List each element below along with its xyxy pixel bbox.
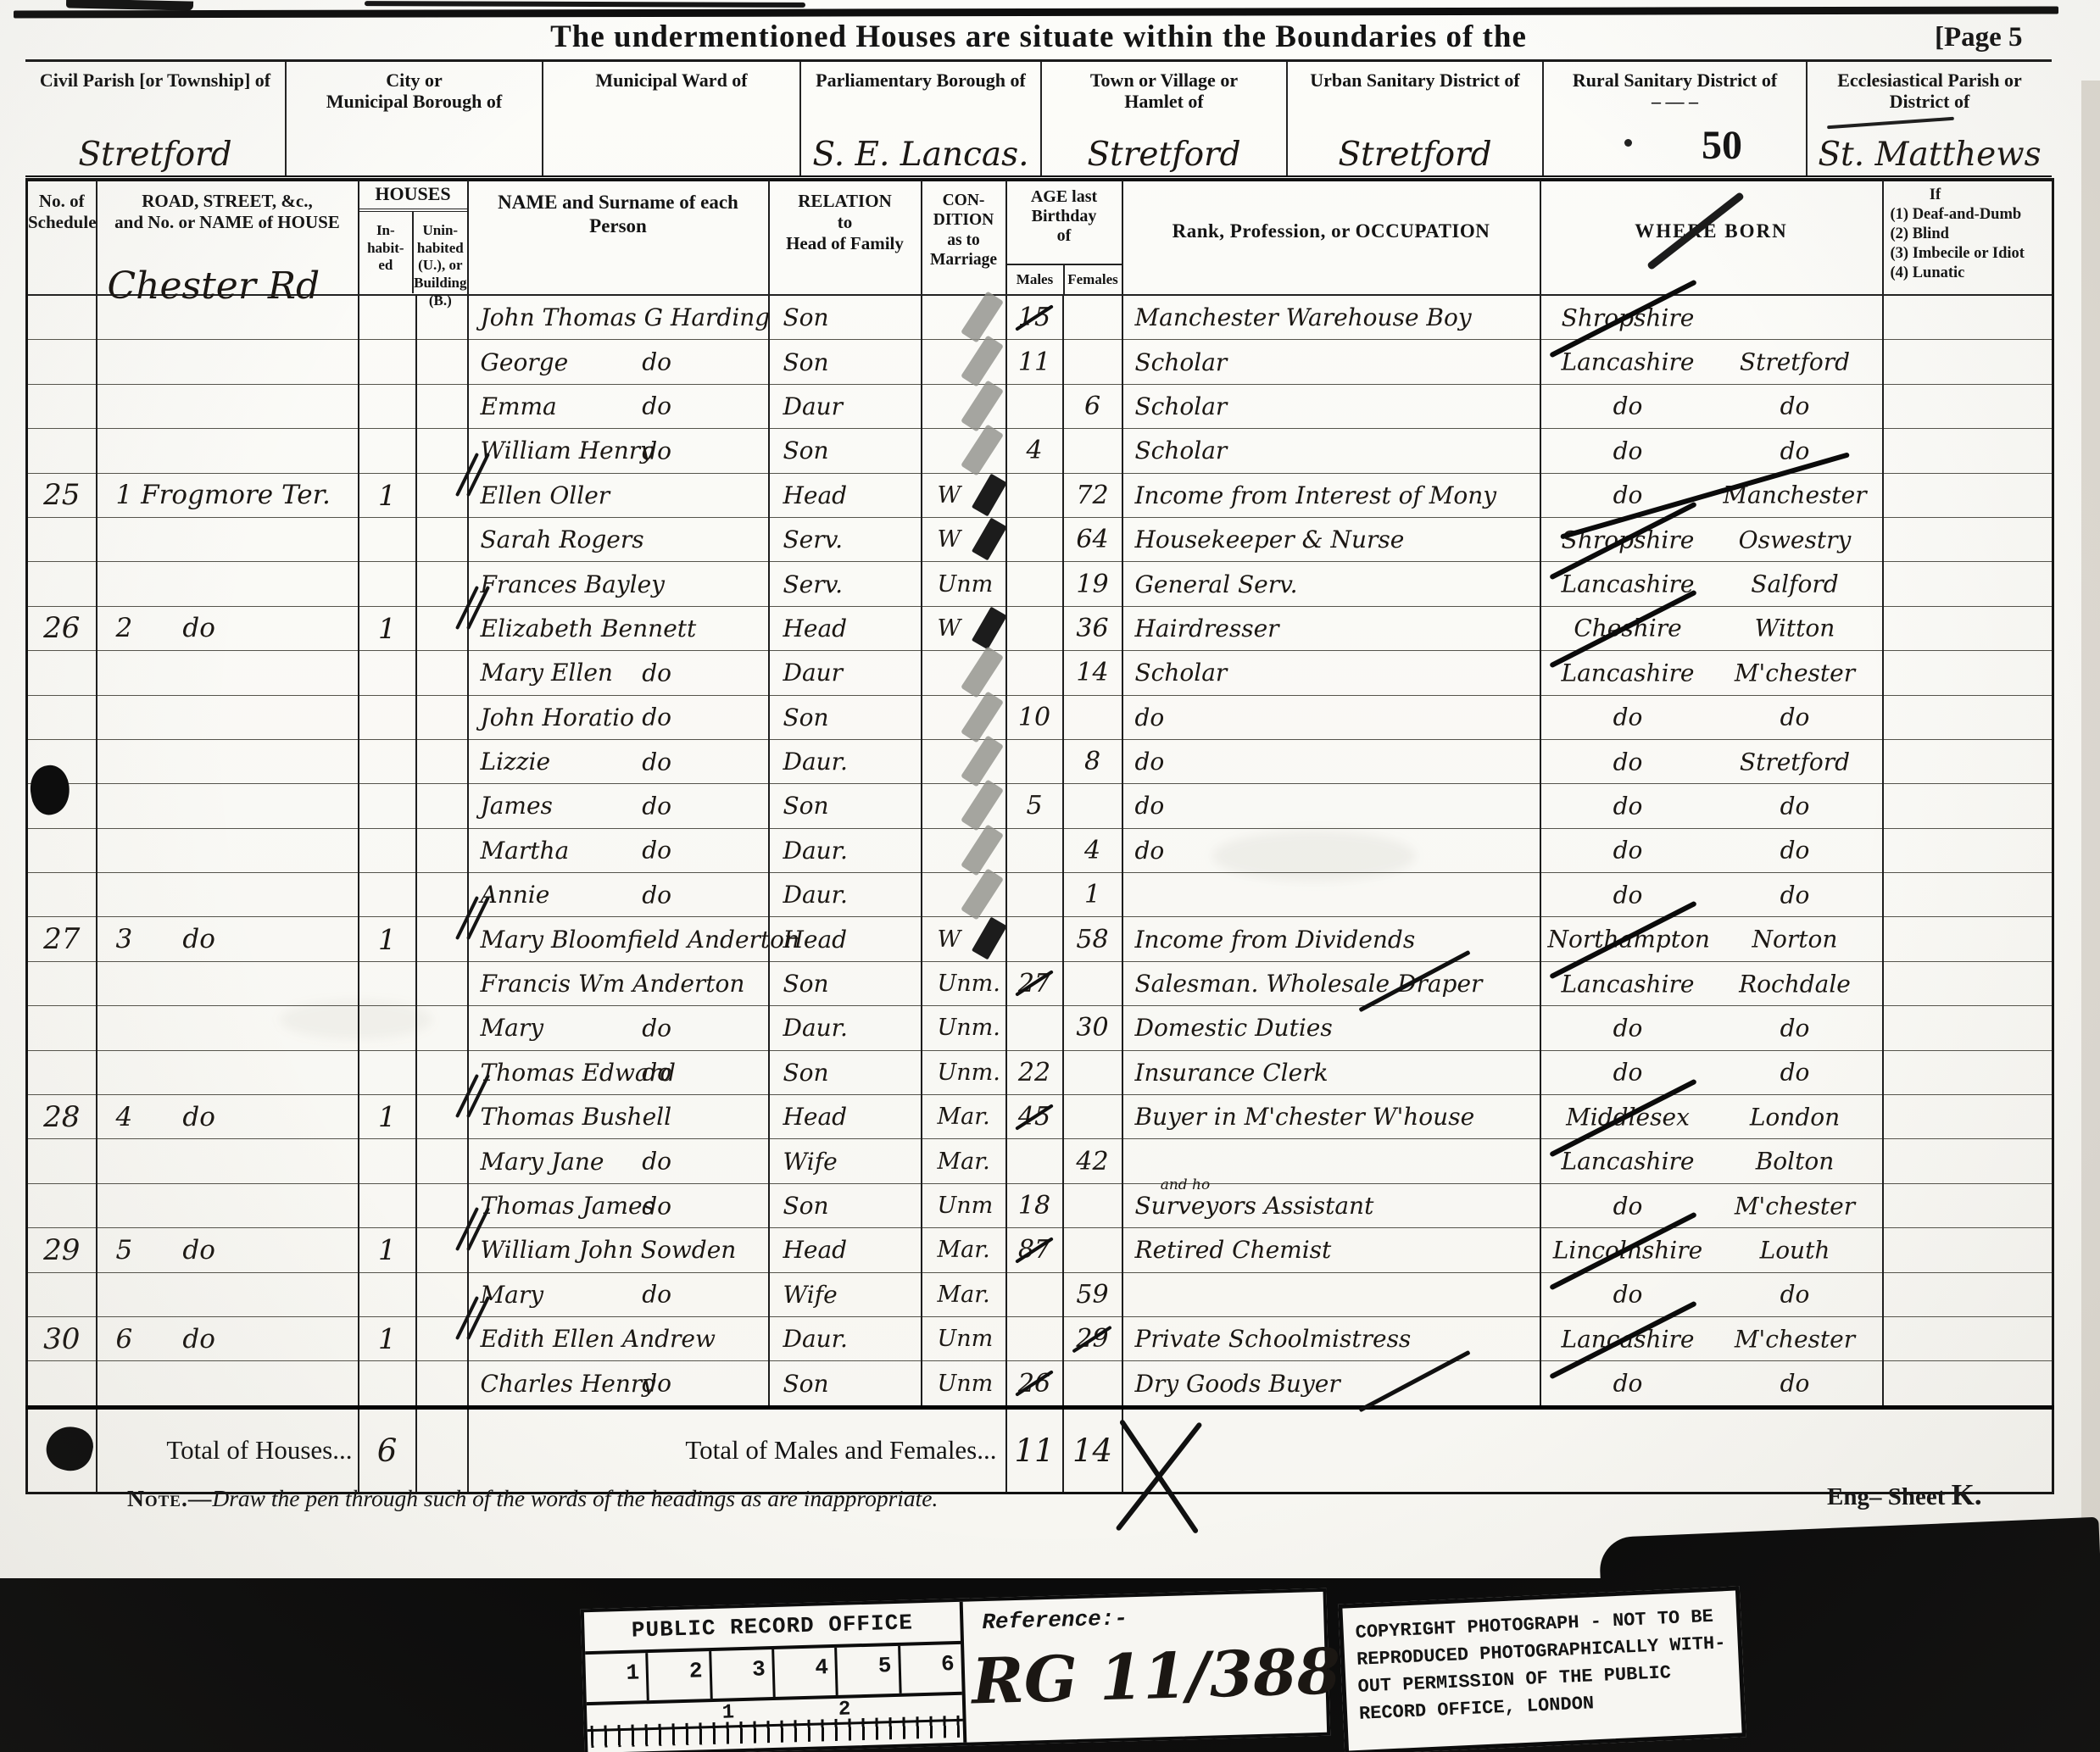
cell-inhabited (359, 739, 416, 783)
household-separator-mark (465, 1072, 499, 1120)
cell-condition: Unm. (922, 1006, 1006, 1050)
cell-age-female (1063, 961, 1122, 1005)
cell-born: Shropshire (1540, 295, 1883, 340)
cell-infirmity (1883, 1361, 2053, 1407)
page-number: [Page 5 (1935, 22, 2023, 53)
ink-dot (1624, 139, 1632, 147)
district-field-value: 50 (1544, 122, 1806, 169)
cell-inhabited (359, 828, 416, 872)
cell-condition: Unm (922, 1183, 1006, 1227)
cell-occupation: Buyer in M'chester W'house (1122, 1095, 1540, 1139)
cell-infirmity (1883, 1139, 2053, 1183)
cell-relation: Son (769, 1361, 922, 1407)
census-row: Lizziedo Daur. 8 do doStretford (27, 739, 2053, 783)
total-houses-value: 6 (359, 1407, 416, 1493)
district-field: City or Municipal Borough of (285, 62, 542, 175)
cell-uninhabited (416, 784, 468, 828)
cell-schedule (27, 429, 97, 473)
ruler-ticks (591, 1716, 961, 1748)
page-banner: The undermentioned Houses are situate wi… (25, 19, 2052, 55)
cell-born: CheshireWitton (1540, 606, 1883, 650)
cell-born: dodo (1540, 1006, 1883, 1050)
cell-born: dodo (1540, 1050, 1883, 1094)
cell-road: 3 do (97, 917, 359, 961)
cell-inhabited (359, 1139, 416, 1183)
cell-name: William Henrydo (468, 429, 769, 473)
cell-infirmity (1883, 695, 2053, 739)
cell-uninhabited (416, 961, 468, 1005)
col-uninhabited-label: Unin- habited (U.), or Building (B.) (412, 212, 466, 293)
cell-condition: Mar. (922, 1272, 1006, 1316)
cell-inhabited: 1 (359, 1316, 416, 1360)
cell-inhabited (359, 961, 416, 1005)
cell-age-female: 58 (1063, 917, 1122, 961)
cell-uninhabited (416, 917, 468, 961)
cell-inhabited (359, 1006, 416, 1050)
cell-born: MiddlesexLondon (1540, 1095, 1883, 1139)
cell-schedule (27, 695, 97, 739)
cell-infirmity (1883, 429, 2053, 473)
cell-infirmity (1883, 1183, 2053, 1227)
cell-relation: Head (769, 606, 922, 650)
form-top-border (14, 6, 2058, 18)
cell-inhabited: 1 (359, 1095, 416, 1139)
total-houses-label: Total of Houses... (97, 1407, 359, 1493)
totals-empty-cell (416, 1407, 468, 1493)
cell-schedule (27, 340, 97, 384)
census-row: 29 5 do 1 William John Sowden Head Mar. … (27, 1228, 2053, 1272)
cell-age-female (1063, 429, 1122, 473)
cell-occupation: Retired Chemist (1122, 1228, 1540, 1272)
cell-occupation: Income from Dividends (1122, 917, 1540, 961)
cell-inhabited (359, 429, 416, 473)
cell-occupation: and hoSurveyors Assistant (1122, 1183, 1540, 1227)
cell-uninhabited (416, 1050, 468, 1094)
cell-born: dodo (1540, 384, 1883, 428)
cell-infirmity (1883, 739, 2053, 783)
scan-artifact (66, 0, 193, 11)
district-field-value: S. E. Lancas. (801, 136, 1040, 174)
cell-condition (922, 651, 1006, 695)
cell-age-female: 72 (1063, 473, 1122, 517)
col-condition: CON- DITION as to Marriage (922, 180, 1006, 296)
cell-road (97, 384, 359, 428)
household-separator-mark (465, 584, 499, 631)
cell-uninhabited (416, 651, 468, 695)
cell-condition: Mar. (922, 1095, 1006, 1139)
cell-road (97, 1183, 359, 1227)
cell-condition: Unm (922, 1316, 1006, 1360)
census-row: Mary Ellendo Daur 14 Scholar LancashireM… (27, 651, 2053, 695)
cell-road (97, 651, 359, 695)
cell-name: Marthado (468, 828, 769, 872)
pencil-smudge (961, 336, 1004, 387)
cell-born: dodo (1540, 873, 1883, 917)
cell-inhabited (359, 384, 416, 428)
census-page-scan: The undermentioned Houses are situate wi… (0, 0, 2100, 1752)
census-row: 25 1 Frogmore Ter. 1 Ellen Oller Head W … (27, 473, 2053, 517)
cell-name: Lizziedo (468, 739, 769, 783)
cell-inhabited (359, 651, 416, 695)
cell-born: dodo (1540, 828, 1883, 872)
cell-age-female (1063, 1361, 1122, 1407)
col-infirmity: If (1) Deaf-and-Dumb (2) Blind (3) Imbec… (1883, 180, 2053, 296)
cell-uninhabited (416, 429, 468, 473)
houses-subcolumns: In- habit- ed Unin- habited (U.), or Bui… (359, 212, 467, 293)
cell-occupation: Hairdresser (1122, 606, 1540, 650)
cell-relation: Wife (769, 1139, 922, 1183)
cell-relation: Son (769, 1050, 922, 1094)
district-header: Civil Parish [or Township] of Stretford … (25, 59, 2052, 181)
pencil-smudge (961, 735, 1004, 787)
cell-relation: Wife (769, 1272, 922, 1316)
census-row: 26 2 do 1 Elizabeth Bennett Head W 36 Ha… (27, 606, 2053, 650)
ink-blot (42, 1421, 97, 1476)
cell-schedule: 26 (27, 606, 97, 650)
cell-age-female: 14 (1063, 651, 1122, 695)
cell-age-male: 11 (1006, 340, 1063, 384)
cell-condition: W (922, 473, 1006, 517)
footnote: Note.—Draw the pen through such of the w… (127, 1485, 938, 1512)
census-row: Marydo Daur. Unm. 30 Domestic Duties dod… (27, 1006, 2053, 1050)
col-houses-label: HOUSES (359, 181, 467, 212)
cell-schedule (27, 517, 97, 561)
cell-relation: Son (769, 340, 922, 384)
cell-inhabited (359, 873, 416, 917)
cell-born: dodo (1540, 695, 1883, 739)
cell-born: NorthamptonNorton (1540, 917, 1883, 961)
cell-born: dodo (1540, 784, 1883, 828)
cell-relation: Daur. (769, 739, 922, 783)
cell-age-male (1006, 917, 1063, 961)
cell-age-female (1063, 295, 1122, 340)
district-field: Municipal Ward of (542, 62, 799, 175)
cell-occupation: do (1122, 784, 1540, 828)
cell-uninhabited (416, 828, 468, 872)
cell-relation: Daur. (769, 828, 922, 872)
totals-blob-cell (27, 1407, 97, 1493)
census-row: Thomas Jamesdo Son Unm 18 and hoSurveyor… (27, 1183, 2053, 1227)
census-row: Mary Janedo Wife Mar. 42 LancashireBolto… (27, 1139, 2053, 1183)
cell-infirmity (1883, 384, 2053, 428)
cell-age-female (1063, 1228, 1122, 1272)
cell-age-female: 6 (1063, 384, 1122, 428)
cell-age-female: 64 (1063, 517, 1122, 561)
cell-infirmity (1883, 1050, 2053, 1094)
cell-age-female: 30 (1063, 1006, 1122, 1050)
cell-age-male: 26 (1006, 1361, 1063, 1407)
cell-name: Georgedo (468, 340, 769, 384)
cell-age-male: 45 (1006, 1095, 1063, 1139)
col-inhabited-label: In- habit- ed (359, 212, 413, 293)
district-field-value: Stretford (1042, 136, 1286, 174)
cell-uninhabited (416, 473, 468, 517)
cell-inhabited (359, 517, 416, 561)
copyright-stamp: COPYRIGHT PHOTOGRAPH - NOT TO BE REPRODU… (1338, 1586, 1746, 1752)
cell-born: dodo (1540, 1272, 1883, 1316)
cell-infirmity (1883, 295, 2053, 340)
cell-name: Edith Ellen Andrew (468, 1316, 769, 1360)
cell-uninhabited (416, 1228, 468, 1272)
totals-row: Total of Houses... 6 Total of Males and … (27, 1407, 2053, 1493)
cell-schedule (27, 384, 97, 428)
cell-born: LancashireSalford (1540, 562, 1883, 606)
cell-inhabited: 1 (359, 917, 416, 961)
col-name: NAME and Surname of each Person (468, 180, 769, 296)
district-field: Town or Village or Hamlet of Stretford (1040, 62, 1286, 175)
cell-inhabited (359, 1183, 416, 1227)
census-row: Frances Bayley Serv. Unm 19 General Serv… (27, 562, 2053, 606)
district-field-label: Ecclesiastical Parish or District of (1808, 62, 2052, 112)
cell-road (97, 1272, 359, 1316)
cell-relation: Son (769, 1183, 922, 1227)
col-born: WHERE BORN (1540, 180, 1883, 296)
col-occupation-label: Rank, Profession, or OCCUPATION (1123, 181, 1540, 243)
col-relation: RELATION to Head of Family (769, 180, 922, 296)
cell-age-male: 5 (1006, 784, 1063, 828)
scan-artifact (365, 1, 805, 8)
cell-inhabited: 1 (359, 1228, 416, 1272)
cell-relation: Head (769, 917, 922, 961)
col-name-label: NAME and Surname of each Person (469, 181, 768, 237)
cell-uninhabited (416, 562, 468, 606)
col-schedule-label: No. of Schedule (28, 181, 96, 233)
cell-condition: Unm (922, 562, 1006, 606)
census-row: 30 6 do 1 Edith Ellen Andrew Daur. Unm 2… (27, 1316, 2053, 1360)
scale-number: 2 (646, 1651, 710, 1700)
cell-road: 6 do (97, 1316, 359, 1360)
district-field-value: St. Matthews (1808, 136, 2052, 174)
cell-born: LancashireM'chester (1540, 1316, 1883, 1360)
cell-occupation: Domestic Duties (1122, 1006, 1540, 1050)
cell-relation: Head (769, 473, 922, 517)
census-row: 27 3 do 1 Mary Bloomfield Anderton Head … (27, 917, 2053, 961)
cell-age-female: 36 (1063, 606, 1122, 650)
cell-name: Frances Bayley (468, 562, 769, 606)
cell-age-female (1063, 1050, 1122, 1094)
cell-road (97, 1006, 359, 1050)
district-field: Urban Sanitary District of Stretford (1286, 62, 1542, 175)
cell-condition: W (922, 517, 1006, 561)
cell-relation: Daur. (769, 873, 922, 917)
cell-age-female: 42 (1063, 1139, 1122, 1183)
age-subcolumns: Males Females (1007, 264, 1122, 294)
cell-age-male: 18 (1006, 1183, 1063, 1227)
district-field: Parliamentary Borough of S. E. Lancas. (799, 62, 1040, 175)
pro-scale-section: PUBLIC RECORD OFFICE 1 2 3 4 5 6 1 2 (584, 1602, 966, 1752)
cell-infirmity (1883, 1095, 2053, 1139)
cell-uninhabited (416, 1316, 468, 1360)
cell-relation: Head (769, 1095, 922, 1139)
cell-relation: Son (769, 695, 922, 739)
cell-occupation: Scholar (1122, 651, 1540, 695)
cell-schedule (27, 1272, 97, 1316)
scale-number: 5 (834, 1646, 899, 1695)
cell-occupation: Scholar (1122, 384, 1540, 428)
footnote-text: Draw the pen through such of the words o… (212, 1485, 938, 1511)
cell-occupation: Insurance Clerk (1122, 1050, 1540, 1094)
cell-age-male: 22 (1006, 1050, 1063, 1094)
cell-condition: Unm (922, 1361, 1006, 1407)
cell-name: Francis Wm Anderton (468, 961, 769, 1005)
cell-infirmity (1883, 961, 2053, 1005)
cell-age-female: 1 (1063, 873, 1122, 917)
pro-ruler: 1 2 (587, 1695, 963, 1752)
col-born-label: WHERE BORN (1541, 181, 1882, 243)
census-row: Charles Henrydo Son Unm 26 Dry Goods Buy… (27, 1361, 2053, 1407)
cell-condition (922, 873, 1006, 917)
cell-age-male (1006, 1139, 1063, 1183)
pencil-smudge (961, 647, 1004, 698)
census-row: Francis Wm Anderton Son Unm. 27 Salesman… (27, 961, 2053, 1005)
cell-uninhabited (416, 384, 468, 428)
cell-road (97, 961, 359, 1005)
cell-condition: Unm. (922, 1050, 1006, 1094)
cell-born: LancashireRochdale (1540, 961, 1883, 1005)
cell-born: doStretford (1540, 739, 1883, 783)
sheet-label-text: Eng– Sheet (1827, 1483, 1945, 1510)
cell-name: Charles Henrydo (468, 1361, 769, 1407)
cell-name: Thomas Jamesdo (468, 1183, 769, 1227)
district-field-label: Urban Sanitary District of (1288, 62, 1542, 91)
cell-name: William John Sowden (468, 1228, 769, 1272)
pencil-smudge (961, 780, 1004, 832)
cell-condition: Unm. (922, 961, 1006, 1005)
pencil-smudge (961, 691, 1004, 743)
cell-age-male (1006, 517, 1063, 561)
cell-born: doManchester (1540, 473, 1883, 517)
cell-schedule (27, 1006, 97, 1050)
cell-name: Emmado (468, 384, 769, 428)
district-field: Ecclesiastical Parish or District of St.… (1806, 62, 2052, 175)
col-occupation: Rank, Profession, or OCCUPATION (1122, 180, 1540, 296)
cell-age-male (1006, 384, 1063, 428)
district-field-label: Rural Sanitary District of – — – (1544, 62, 1806, 112)
enumeration-table: No. of Schedule ROAD, STREET, &c., and N… (25, 178, 2054, 1494)
cell-occupation: Salesman. Wholesale Draper (1122, 961, 1540, 1005)
street-heading: Chester Rd (108, 264, 320, 308)
cell-inhabited (359, 695, 416, 739)
cell-condition: Mar. (922, 1228, 1006, 1272)
cell-name: Marydo (468, 1272, 769, 1316)
col-age: AGE last Birthday of Males Females (1006, 180, 1122, 296)
cell-relation: Daur. (769, 1006, 922, 1050)
cell-condition (922, 295, 1006, 340)
cell-occupation: Scholar (1122, 340, 1540, 384)
cell-born: LincolnshireLouth (1540, 1228, 1883, 1272)
cell-condition (922, 828, 1006, 872)
cell-age-female (1063, 1183, 1122, 1227)
total-males-females-label: Total of Males and Females... (468, 1407, 1006, 1493)
census-row: Thomas Edwarddo Son Unm. 22 Insurance Cl… (27, 1050, 2053, 1094)
census-row: John Thomas G Harding Son 15 Manchester … (27, 295, 2053, 340)
cell-age-male (1006, 473, 1063, 517)
cell-born: dodo (1540, 429, 1883, 473)
cell-infirmity (1883, 1006, 2053, 1050)
cell-name: Mary Ellendo (468, 651, 769, 695)
pencil-smudge (961, 291, 1004, 342)
census-row: Marydo Wife Mar. 59 dodo (27, 1272, 2053, 1316)
district-field-value: Stretford (1288, 136, 1542, 174)
cell-road (97, 873, 359, 917)
cell-schedule: 27 (27, 917, 97, 961)
cell-occupation: Scholar (1122, 429, 1540, 473)
cell-inhabited: 1 (359, 606, 416, 650)
cell-occupation: do (1122, 739, 1540, 783)
cell-age-male: 10 (1006, 695, 1063, 739)
district-field-value: Stretford (25, 136, 285, 174)
cell-condition: Mar. (922, 1139, 1006, 1183)
cell-inhabited (359, 784, 416, 828)
census-row: John Horatiodo Son 10 do dodo (27, 695, 2053, 739)
cell-inhabited: 1 (359, 473, 416, 517)
cell-name: Thomas Bushell (468, 1095, 769, 1139)
cell-road (97, 1361, 359, 1407)
cell-road (97, 784, 359, 828)
pencil-smudge (961, 824, 1004, 876)
district-field-label: City or Municipal Borough of (287, 62, 542, 112)
cell-occupation: Housekeeper & Nurse (1122, 517, 1540, 561)
cell-infirmity (1883, 340, 2053, 384)
cell-born: LancashireStretford (1540, 340, 1883, 384)
cell-age-male (1006, 562, 1063, 606)
cell-age-female (1063, 1095, 1122, 1139)
pen-cross-mark (1092, 1414, 1228, 1541)
cell-schedule: 25 (27, 473, 97, 517)
cell-road: 5 do (97, 1228, 359, 1272)
cell-road: 1 Frogmore Ter. (97, 473, 359, 517)
cell-infirmity (1883, 606, 2053, 650)
cell-uninhabited (416, 739, 468, 783)
cell-uninhabited (416, 1139, 468, 1183)
cell-road: 2 do (97, 606, 359, 650)
cell-uninhabited (416, 517, 468, 561)
district-field-label: Town or Village or Hamlet of (1042, 62, 1286, 112)
district-field-label: Parliamentary Borough of (801, 62, 1040, 91)
cell-name: Mary Janedo (468, 1139, 769, 1183)
cell-schedule (27, 1183, 97, 1227)
cell-road (97, 695, 359, 739)
cell-condition: W (922, 606, 1006, 650)
cell-schedule (27, 828, 97, 872)
district-field-label: Civil Parish [or Township] of (25, 62, 285, 91)
cell-born: dodo (1540, 1361, 1883, 1407)
cell-name: Marydo (468, 1006, 769, 1050)
cell-uninhabited (416, 873, 468, 917)
table-header-row: No. of Schedule ROAD, STREET, &c., and N… (27, 180, 2053, 296)
cell-road (97, 429, 359, 473)
cell-age-female (1063, 784, 1122, 828)
cell-schedule (27, 961, 97, 1005)
cell-uninhabited (416, 1183, 468, 1227)
col-houses: HOUSES In- habit- ed Unin- habited (U.),… (359, 180, 468, 296)
cell-inhabited (359, 1272, 416, 1316)
cell-age-female: 4 (1063, 828, 1122, 872)
cell-infirmity (1883, 784, 2053, 828)
cell-age-male (1006, 828, 1063, 872)
cell-age-female: 8 (1063, 739, 1122, 783)
cell-uninhabited (416, 606, 468, 650)
col-infirmity-label: If (1) Deaf-and-Dumb (2) Blind (3) Imbec… (1884, 181, 2053, 283)
cell-name: John Thomas G Harding (468, 295, 769, 340)
cell-relation: Serv. (769, 562, 922, 606)
cell-relation: Son (769, 961, 922, 1005)
cell-occupation: Dry Goods Buyer (1122, 1361, 1540, 1407)
cell-age-male (1006, 606, 1063, 650)
cell-schedule (27, 1050, 97, 1094)
col-females-label: Females (1063, 265, 1122, 294)
public-record-office-stamp: PUBLIC RECORD OFFICE 1 2 3 4 5 6 1 2 Ref… (581, 1588, 1331, 1752)
